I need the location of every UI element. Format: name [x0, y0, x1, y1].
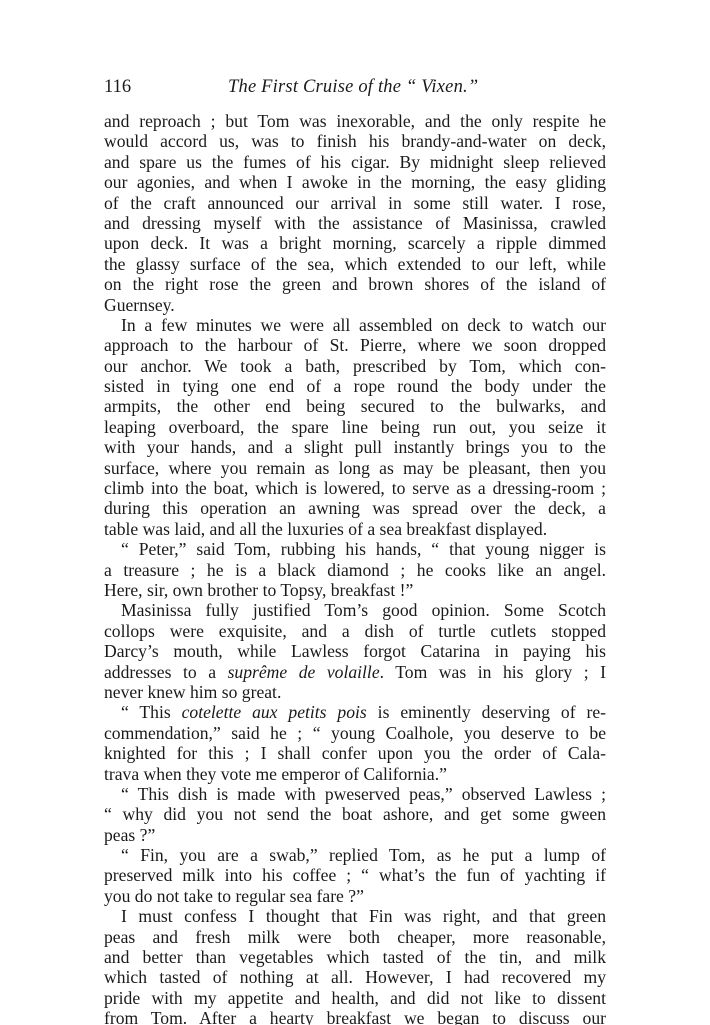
- text-line: from Tom. After a hearty breakfast we be…: [104, 1008, 606, 1025]
- text-segment: with your hands, and a slight pull insta…: [104, 437, 606, 457]
- text-segment: “ Peter,” said Tom, rubbing his hands, “…: [121, 539, 606, 559]
- text-line: and better than vegetables which tasted …: [104, 947, 606, 967]
- text-line: preserved milk into his coffee ; “ what’…: [104, 865, 606, 885]
- text-line: surface, where you remain as long as may…: [104, 458, 606, 478]
- text-line: “ why did you not send the boat ashore, …: [104, 804, 606, 824]
- text-segment: of the craft announced our arrival in so…: [104, 193, 606, 213]
- text-segment: and dressing myself with the assistance …: [104, 213, 606, 233]
- text-line: with your hands, and a slight pull insta…: [104, 437, 606, 457]
- text-segment: armpits, the other end being secured to …: [104, 396, 606, 416]
- text-segment: on the right rose the green and brown sh…: [104, 274, 606, 294]
- text-segment: our agonies, and when I awoke in the mor…: [104, 172, 606, 192]
- text-line: peas and fresh milk were both cheaper, m…: [104, 927, 606, 947]
- text-segment: and better than vegetables which tasted …: [104, 947, 606, 967]
- text-segment: preserved milk into his coffee ; “ what’…: [104, 865, 606, 885]
- text-line: Darcy’s mouth, while Lawless forgot Cata…: [104, 641, 606, 661]
- text-segment: the glassy surface of the sea, which ext…: [104, 254, 606, 274]
- text-line: would accord us, was to finish his brand…: [104, 131, 606, 151]
- text-segment: leaping overboard, the spare line being …: [104, 417, 606, 437]
- text-line: and reproach ; but Tom was inexorable, a…: [104, 111, 606, 131]
- paragraph-first-line: “ Peter,” said Tom, rubbing his hands, “…: [104, 539, 606, 559]
- text-segment: In a few minutes we were all assembled o…: [121, 315, 606, 335]
- text-line: peas ?”: [104, 825, 606, 845]
- paragraph-first-line: “ Fin, you are a swab,” replied Tom, as …: [104, 845, 606, 865]
- text-segment: Darcy’s mouth, while Lawless forgot Cata…: [104, 641, 606, 661]
- text-segment: during this operation an awning was spre…: [104, 498, 606, 518]
- text-segment: I must confess I thought that Fin was ri…: [121, 906, 606, 926]
- text-segment: collops were exquisite, and a dish of tu…: [104, 621, 606, 641]
- italic-phrase: suprême de volaille: [228, 662, 380, 682]
- text-segment: is eminently deserving of re-: [367, 702, 606, 722]
- text-segment: knighted for this ; I shall confer upon …: [104, 743, 606, 763]
- text-line: on the right rose the green and brown sh…: [104, 274, 606, 294]
- text-segment: “ This: [121, 702, 182, 722]
- text-segment: upon deck. It was a bright morning, scar…: [104, 233, 606, 253]
- text-segment: climb into the boat, which is lowered, t…: [104, 478, 606, 498]
- text-segment: addresses to a: [104, 662, 228, 682]
- text-segment: Here, sir, own brother to Topsy, breakfa…: [104, 580, 413, 600]
- text-segment: would accord us, was to finish his brand…: [104, 131, 606, 151]
- text-segment: our anchor. We took a bath, prescribed b…: [104, 356, 606, 376]
- text-line: our agonies, and when I awoke in the mor…: [104, 172, 606, 192]
- text-line: never knew him so great.: [104, 682, 606, 702]
- text-segment: trava when they vote me emperor of Calif…: [104, 764, 447, 784]
- book-page: 116 The First Cruise of the “ Vixen.” an…: [104, 76, 606, 1025]
- paragraph-first-line: In a few minutes we were all assembled o…: [104, 315, 606, 335]
- text-segment: table was laid, and all the luxuries of …: [104, 519, 547, 539]
- text-line: approach to the harbour of St. Pierre, w…: [104, 335, 606, 355]
- text-segment: and spare us the fumes of his cigar. By …: [104, 152, 606, 172]
- text-line: table was laid, and all the luxuries of …: [104, 519, 606, 539]
- text-line: addresses to a suprême de volaille. Tom …: [104, 662, 606, 682]
- paragraph-first-line: “ This dish is made with pweserved peas,…: [104, 784, 606, 804]
- text-line: commendation,” said he ; “ young Coalhol…: [104, 723, 606, 743]
- text-line: of the craft announced our arrival in so…: [104, 193, 606, 213]
- text-line: upon deck. It was a bright morning, scar…: [104, 233, 606, 253]
- text-line: and spare us the fumes of his cigar. By …: [104, 152, 606, 172]
- text-segment: never knew him so great.: [104, 682, 281, 702]
- text-line: armpits, the other end being secured to …: [104, 396, 606, 416]
- text-line: Guernsey.: [104, 295, 606, 315]
- text-segment: which tasted of nothing at all. However,…: [104, 967, 606, 987]
- text-segment: peas ?”: [104, 825, 155, 845]
- text-segment: Masinissa fully justified Tom’s good opi…: [121, 600, 606, 620]
- text-line: leaping overboard, the spare line being …: [104, 417, 606, 437]
- page-number: 116: [104, 76, 131, 98]
- italic-phrase: cotelette aux petits pois: [182, 702, 367, 722]
- text-line: Here, sir, own brother to Topsy, breakfa…: [104, 580, 606, 600]
- text-segment: surface, where you remain as long as may…: [104, 458, 606, 478]
- text-segment: “ This dish is made with pweserved peas,…: [121, 784, 606, 804]
- paragraph-first-line: Masinissa fully justified Tom’s good opi…: [104, 600, 606, 620]
- text-line: trava when they vote me emperor of Calif…: [104, 764, 606, 784]
- text-line: during this operation an awning was spre…: [104, 498, 606, 518]
- text-line: which tasted of nothing at all. However,…: [104, 967, 606, 987]
- text-segment: peas and fresh milk were both cheaper, m…: [104, 927, 606, 947]
- text-segment: “ why did you not send the boat ashore, …: [104, 804, 606, 824]
- text-segment: commendation,” said he ; “ young Coalhol…: [104, 723, 606, 743]
- paragraph-first-line: “ This cotelette aux petits pois is emin…: [104, 702, 606, 722]
- text-segment: approach to the harbour of St. Pierre, w…: [104, 335, 606, 355]
- text-line: knighted for this ; I shall confer upon …: [104, 743, 606, 763]
- text-segment: you do not take to regular sea fare ?”: [104, 886, 364, 906]
- text-line: you do not take to regular sea fare ?”: [104, 886, 606, 906]
- text-line: a treasure ; he is a black diamond ; he …: [104, 560, 606, 580]
- text-segment: “ Fin, you are a swab,” replied Tom, as …: [121, 845, 606, 865]
- running-head: 116 The First Cruise of the “ Vixen.”: [104, 76, 606, 98]
- text-line: climb into the boat, which is lowered, t…: [104, 478, 606, 498]
- text-line: pride with my appetite and health, and d…: [104, 988, 606, 1008]
- running-title: The First Cruise of the “ Vixen.”: [228, 76, 478, 98]
- text-line: sisted in tying one end of a rope round …: [104, 376, 606, 396]
- paragraph-first-line: I must confess I thought that Fin was ri…: [104, 906, 606, 926]
- text-segment: from Tom. After a hearty breakfast we be…: [104, 1008, 606, 1025]
- text-line: our anchor. We took a bath, prescribed b…: [104, 356, 606, 376]
- body-text: and reproach ; but Tom was inexorable, a…: [104, 111, 606, 1025]
- text-segment: . Tom was in his glory ; I: [380, 662, 606, 682]
- text-line: and dressing myself with the assistance …: [104, 213, 606, 233]
- text-segment: a treasure ; he is a black diamond ; he …: [104, 560, 606, 580]
- text-segment: sisted in tying one end of a rope round …: [104, 376, 606, 396]
- text-segment: pride with my appetite and health, and d…: [104, 988, 606, 1008]
- text-line: collops were exquisite, and a dish of tu…: [104, 621, 606, 641]
- text-segment: and reproach ; but Tom was inexorable, a…: [104, 111, 606, 131]
- text-segment: Guernsey.: [104, 295, 175, 315]
- text-line: the glassy surface of the sea, which ext…: [104, 254, 606, 274]
